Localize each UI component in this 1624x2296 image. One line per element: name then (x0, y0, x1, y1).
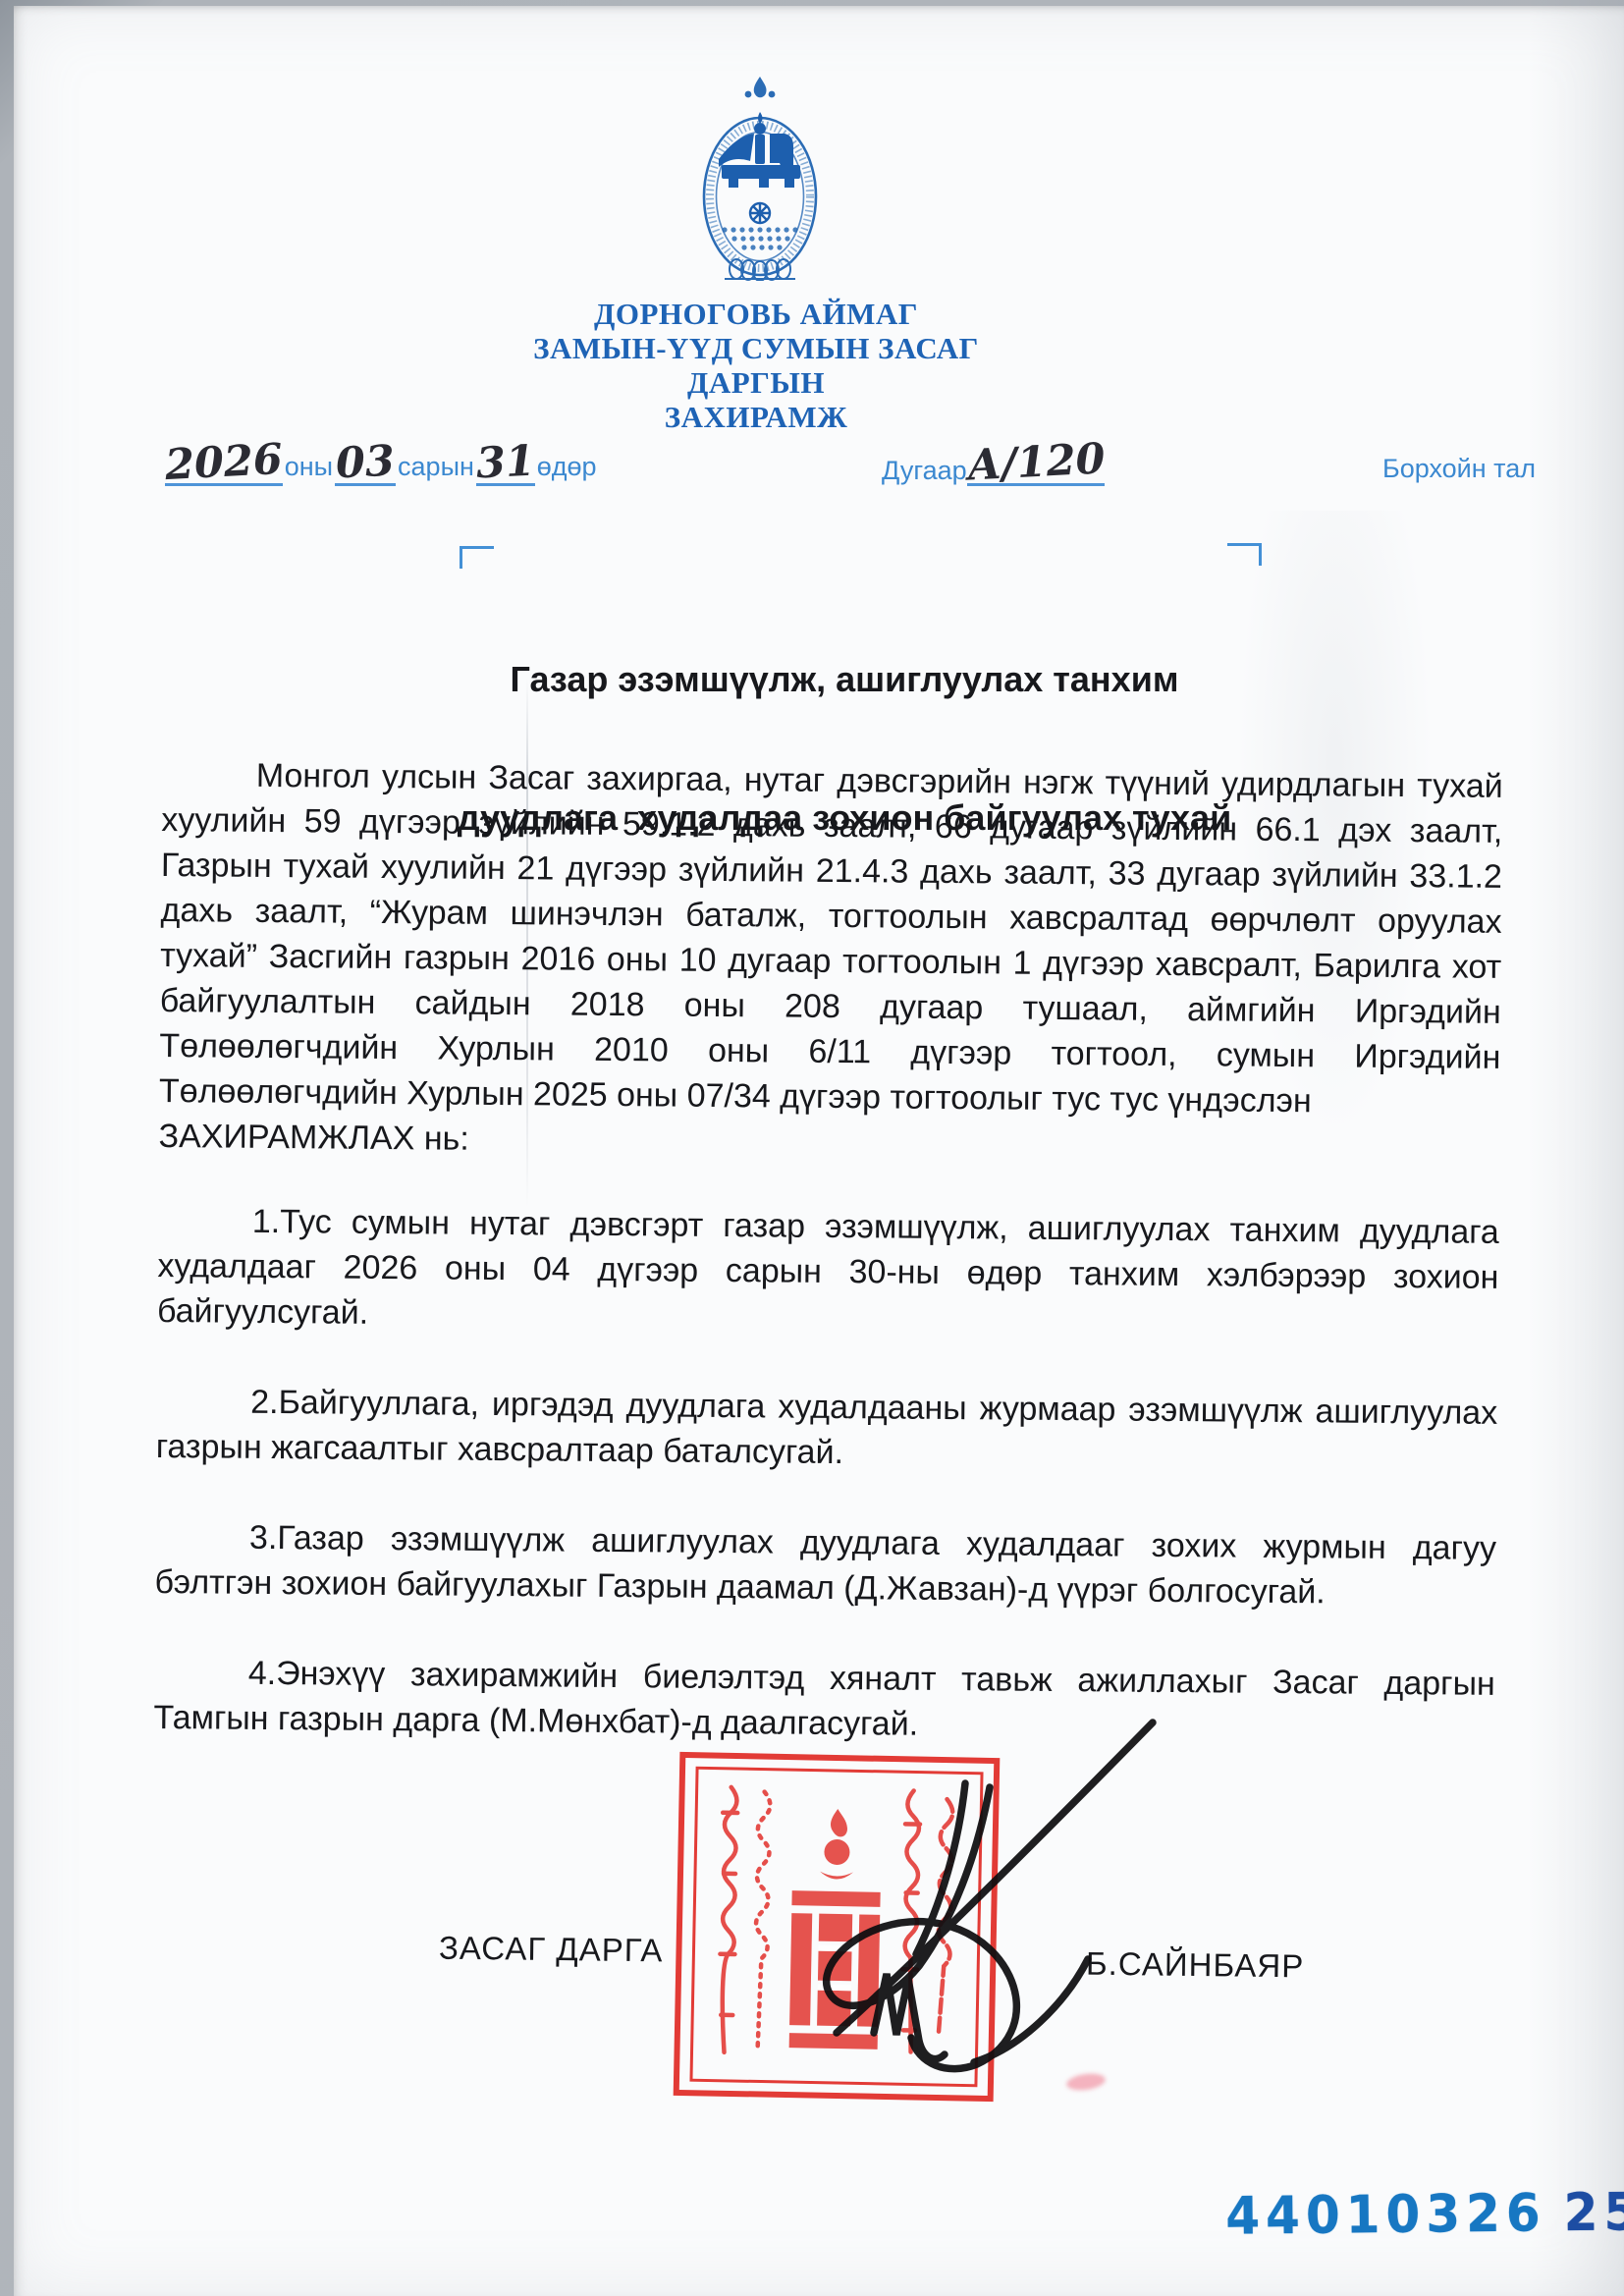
year-blank: 2026 (165, 440, 283, 486)
decree-item-3: 3.Газар эзэмшүүлж ашиглуулах дуудлага ху… (154, 1514, 1496, 1616)
signature-ink-icon (727, 1707, 1188, 2129)
document-type-title: ЗАХИРАМЖ (501, 400, 1011, 434)
signer-title: ЗАСАГ ДАРГА (439, 1930, 664, 1970)
month-blank: 03 (335, 440, 396, 486)
decree-body: Монгол улсын Засаг захиргаа, нутаг дэвсг… (153, 752, 1503, 1752)
decree-item-1: 1.Тус сумын нутаг дэвсгэрт газар эзэмшүү… (157, 1198, 1499, 1345)
day-handwritten-value: 31 (475, 436, 536, 488)
serial-number-left: 44010326 (1225, 2183, 1546, 2247)
year-handwritten-value: 2026 (164, 435, 284, 490)
month-label: сарын (396, 452, 476, 486)
day-blank: 31 (476, 440, 535, 486)
day-label: өдөр (535, 452, 599, 486)
subject-line-1: Газар эзэмшүүлж, ашиглуулах танхим (412, 656, 1276, 702)
mongolia-state-emblem-icon (685, 75, 835, 281)
serial-number-right: 252 (1563, 2181, 1624, 2243)
right-corner-bracket-icon (1227, 543, 1262, 566)
year-label: оны (283, 452, 335, 486)
place-note: Борхойн тал (1382, 454, 1536, 484)
scanned-decree-page: { "header": { "aimag": "ДОРНОГОВЬ АЙМАГ"… (0, 0, 1624, 2296)
number-label: Дугаар (882, 456, 967, 486)
serial-number-stamp: 44010326252 (1225, 2181, 1624, 2246)
legal-basis-paragraph: Монгол улсын Засаг захиргаа, нутаг дэвсг… (159, 752, 1503, 1125)
month-handwritten-value: 03 (335, 436, 396, 488)
number-blank: А/120 (967, 440, 1106, 486)
aimag-name: ДОРНОГОВЬ АЙМАГ (501, 297, 1011, 331)
decree-item-2: 2.Байгууллага, иргэдэд дуудлага худалдаа… (156, 1379, 1498, 1481)
date-field-group: 2026 оны 03 сарын 31 өдөр (165, 440, 599, 486)
document-header: ДОРНОГОВЬ АЙМАГ ЗАМЫН-ҮҮД СУМЫН ЗАСАГ ДА… (501, 297, 1011, 434)
number-handwritten-value: А/120 (965, 434, 1106, 490)
number-field-group: Дугаар А/120 (882, 440, 1105, 486)
organization-name: ЗАМЫН-ҮҮД СУМЫН ЗАСАГ ДАРГЫН (501, 331, 1011, 400)
